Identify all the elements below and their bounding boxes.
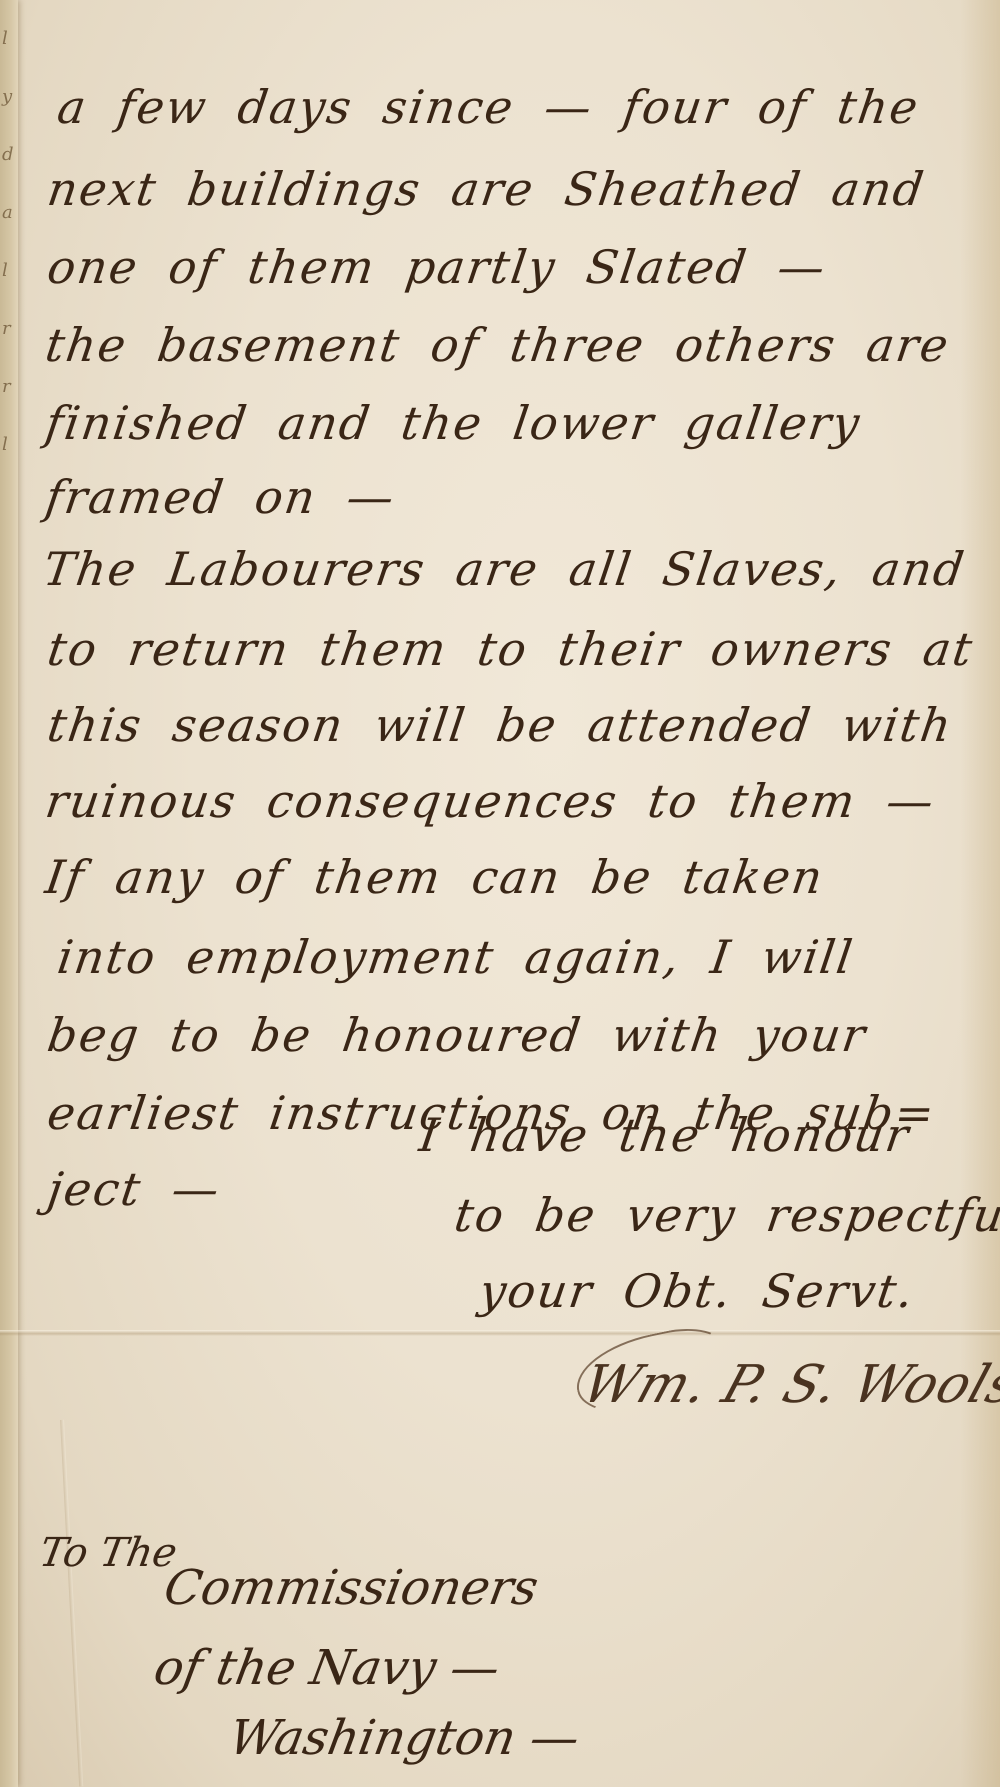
body-line: to return them to their owners at: [44, 622, 977, 676]
binding-mark: r: [2, 358, 16, 416]
binding-mark: r: [2, 300, 16, 358]
closing-line: I have the honour: [416, 1108, 913, 1162]
letter-page: l y d a l r r l a few days since — four …: [0, 0, 1000, 1787]
fold-crease-vertical: [60, 1420, 83, 1787]
binding-mark: l: [2, 242, 16, 300]
address-line: of the Navy —: [150, 1640, 504, 1696]
body-line: into employment again, I will: [54, 930, 857, 984]
fold-crease: [0, 1330, 1000, 1336]
body-line: the basement of three others are: [42, 318, 953, 372]
address-line: Washington —: [225, 1710, 584, 1766]
body-line: a few days since — four of the: [54, 80, 923, 134]
body-line: beg to be honoured with your: [44, 1008, 870, 1062]
address-line: Commissioners: [160, 1560, 542, 1616]
body-line: finished and the lower gallery: [42, 396, 864, 450]
body-line: this season will be attended with: [44, 698, 956, 752]
body-line: ruinous consequences to them —: [42, 774, 939, 828]
binding-mark: l: [2, 416, 16, 474]
address-line: To The: [36, 1530, 181, 1576]
closing-line: to be very respectfully: [451, 1188, 1000, 1242]
body-line: framed on —: [42, 470, 399, 524]
body-line: next buildings are Sheathed and: [44, 162, 928, 216]
body-line: If any of them can be taken: [42, 850, 827, 904]
binding-marks: l y d a l r r l: [2, 10, 16, 474]
body-line: ject —: [44, 1162, 224, 1216]
signature: Wm. P. S. Woolsey: [575, 1355, 1000, 1415]
binding-mark: d: [2, 126, 16, 184]
binding-mark: l: [2, 10, 16, 68]
paper-edge-shadow: [960, 0, 1000, 1787]
closing-line: your Obt. Servt.: [476, 1264, 918, 1318]
binding-strip: l y d a l r r l: [0, 0, 18, 1787]
binding-mark: y: [2, 68, 16, 126]
body-line: The Labourers are all Slaves, and: [40, 542, 969, 596]
binding-mark: a: [2, 184, 16, 242]
body-line: one of them partly Slated —: [44, 240, 830, 294]
